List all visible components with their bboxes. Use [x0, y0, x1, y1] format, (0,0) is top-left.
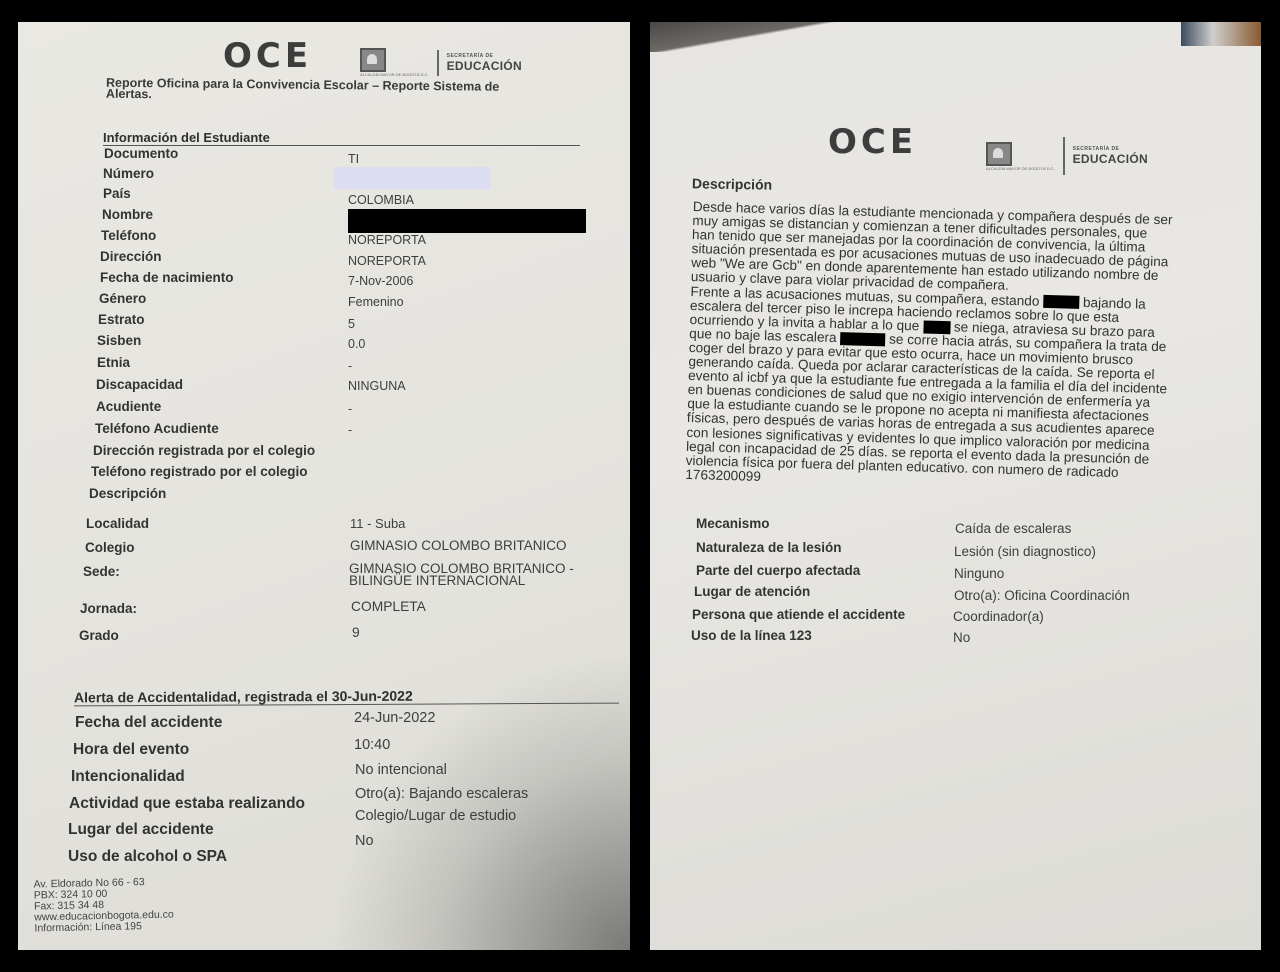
field-label-uso-de-la-linea-123: Uso de la línea 123: [691, 628, 812, 643]
student-section-heading: Información del Estudiante: [103, 130, 580, 146]
report-title: Reporte Oficina para la Convivencia Esco…: [106, 78, 546, 105]
report-page-2: OCE ALCALDÍA MAYOR DE BOGOTÁ D.C. SECRET…: [650, 22, 1261, 950]
field-label-actividad-que-estaba-realizando: Actividad que estaba realizando: [69, 795, 305, 813]
logo-divider: [1063, 137, 1065, 175]
oce-logo: OCE: [828, 122, 917, 162]
field-label-jornada: Jornada:: [80, 601, 137, 616]
field-label-documento: Documento: [104, 146, 178, 161]
field-value-acudiente: -: [348, 403, 352, 415]
field-label-direccion-registrada-por-el-colegio: Dirección registrada por el colegio: [93, 443, 315, 458]
field-label-telefono: Teléfono: [101, 228, 156, 243]
field-label-fecha-de-nacimiento: Fecha de nacimiento: [100, 270, 234, 285]
shield-caption: ALCALDÍA MAYOR DE BOGOTÁ D.C.: [986, 167, 1055, 171]
field-label-descripcion: Descripción: [89, 486, 166, 501]
redaction-bar: [348, 209, 586, 233]
field-label-nombre: Nombre: [102, 207, 153, 222]
field-label-parte-del-cuerpo-afectada: Parte del cuerpo afectada: [696, 563, 860, 578]
field-label-pais: País: [103, 186, 131, 201]
field-value-naturaleza-de-la-lesion: Lesión (sin diagnostico): [954, 546, 1096, 558]
bogota-shield-icon: [360, 48, 386, 72]
field-label-estrato: Estrato: [98, 312, 145, 327]
field-value-localidad: 11 - Suba: [350, 518, 405, 530]
field-label-telefono-registrado-por-el-colegio: Teléfono registrado por el colegio: [91, 464, 308, 479]
field-value-jornada: COMPLETA: [351, 601, 426, 613]
educacion-label: EDUCACIÓN: [1073, 152, 1148, 166]
field-value-persona-que-atiende-el-accidente: Coordinador(a): [953, 611, 1044, 623]
field-value-hora-del-evento: 10:40: [354, 739, 390, 751]
educacion-label: EDUCACIÓN: [447, 59, 522, 73]
description-body: Desde hace varios días la estudiante men…: [685, 200, 1213, 496]
field-value-grado: 9: [352, 627, 360, 639]
accident-section-heading: Alerta de Accidentalidad, registrada el …: [74, 687, 619, 707]
field-value-sede: GIMNASIO COLOMBO BRITANICO -BILINGÜE INT…: [349, 563, 574, 587]
field-value-etnia: -: [348, 360, 352, 372]
shield-caption: ALCALDÍA MAYOR DE BOGOTÁ D.C.: [360, 73, 429, 77]
field-value-mecanismo: Caída de escaleras: [955, 523, 1071, 535]
field-label-acudiente: Acudiente: [96, 399, 161, 414]
field-label-persona-que-atiende-el-accidente: Persona que atiende el accidente: [692, 607, 905, 622]
field-value-fecha-del-accidente: 24-Jun-2022: [354, 712, 435, 724]
field-label-naturaleza-de-la-lesion: Naturaleza de la lesión: [696, 540, 842, 555]
field-label-uso-de-alcohol-o-spa: Uso de alcohol o SPA: [68, 848, 227, 866]
field-label-telefono-acudiente: Teléfono Acudiente: [95, 421, 219, 436]
field-value-genero: Femenino: [348, 296, 404, 308]
footer-contact: Av. Eldorado No 66 - 63 PBX: 324 10 00 F…: [33, 877, 174, 935]
background-objects: [1181, 22, 1261, 46]
field-label-genero: Género: [99, 291, 146, 306]
report-page-1: OCE ALCALDÍA MAYOR DE BOGOTÁ D.C. SECRET…: [18, 22, 630, 950]
logo-divider: [437, 50, 439, 76]
field-label-localidad: Localidad: [86, 516, 149, 531]
redaction-bar: [334, 167, 490, 189]
footer-info-line: Información: Línea 195: [34, 921, 174, 935]
field-label-lugar-del-accidente: Lugar del accidente: [68, 821, 214, 839]
field-value-telefono-acudiente: -: [348, 424, 352, 436]
field-value-direccion: NOREPORTA: [348, 255, 426, 267]
field-label-mecanismo: Mecanismo: [696, 516, 770, 531]
field-label-intencionalidad: Intencionalidad: [71, 768, 185, 786]
field-label-direccion: Dirección: [100, 249, 162, 264]
secretaria-educacion-logo: ALCALDÍA MAYOR DE BOGOTÁ D.C. SECRETARÍA…: [360, 48, 522, 77]
field-label-grado: Grado: [79, 628, 119, 643]
field-value-uso-de-alcohol-o-spa: No: [355, 835, 374, 847]
secretaria-educacion-logo: ALCALDÍA MAYOR DE BOGOTÁ D.C. SECRETARÍA…: [986, 137, 1148, 175]
field-value-uso-de-la-linea-123: No: [953, 632, 970, 644]
field-value-telefono: NOREPORTA: [348, 234, 426, 246]
field-label-lugar-de-atencion: Lugar de atención: [694, 584, 810, 599]
field-value-intencionalidad: No intencional: [355, 764, 447, 776]
oce-logo: OCE: [223, 36, 312, 76]
field-value-discapacidad: NINGUNA: [348, 380, 406, 392]
field-value-lugar-de-atencion: Otro(a): Oficina Coordinación: [954, 590, 1130, 602]
field-label-sisben: Sisben: [97, 333, 141, 348]
field-label-fecha-del-accidente: Fecha del accidente: [75, 714, 222, 732]
field-value-lugar-del-accidente: Colegio/Lugar de estudio: [355, 810, 516, 822]
description-title: Descripción: [692, 175, 772, 192]
field-label-etnia: Etnia: [97, 355, 130, 370]
field-value-actividad-que-estaba-realizando: Otro(a): Bajando escaleras: [355, 788, 528, 800]
bogota-shield-icon: [986, 142, 1012, 166]
page-fold-shadow: [650, 22, 1261, 52]
field-label-hora-del-evento: Hora del evento: [73, 741, 189, 759]
field-label-numero: Número: [103, 166, 154, 181]
field-label-sede: Sede:: [83, 564, 120, 579]
field-label-discapacidad: Discapacidad: [96, 377, 183, 392]
field-label-colegio: Colegio: [85, 540, 135, 555]
field-value-fecha-de-nacimiento: 7-Nov-2006: [348, 275, 413, 287]
field-value-parte-del-cuerpo-afectada: Ninguno: [954, 568, 1004, 580]
field-value-colegio: GIMNASIO COLOMBO BRITANICO: [350, 540, 567, 552]
field-value-pais: COLOMBIA: [348, 194, 414, 206]
field-value-documento: TI: [348, 153, 359, 165]
field-value-estrato: 5: [348, 318, 355, 330]
field-value-sisben: 0.0: [348, 338, 365, 350]
